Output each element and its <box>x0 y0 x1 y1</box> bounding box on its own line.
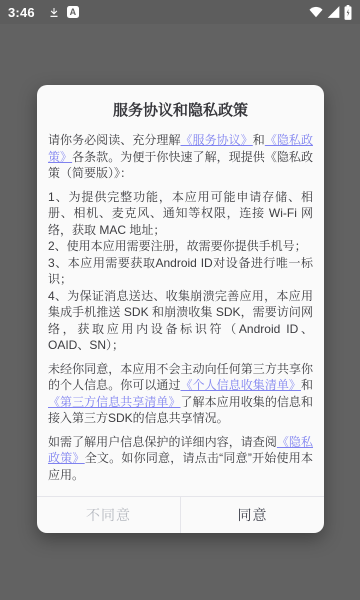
status-time: 3:46 <box>8 5 35 20</box>
policy-link[interactable]: 《第三方信息共享清单》 <box>48 395 181 409</box>
wifi-icon <box>309 6 323 18</box>
status-bar: 3:46 A <box>0 0 360 24</box>
paragraph-text: 如需了解用户信息保护的详细内容，请查阅 <box>48 435 277 449</box>
status-right-icons <box>309 5 352 20</box>
download-icon <box>48 6 60 19</box>
dialog-actions: 不同意 同意 <box>37 496 324 533</box>
disagree-button[interactable]: 不同意 <box>37 497 180 533</box>
policy-text-block: 请你务必阅读、充分理解《服务协议》和《隐私政策》各条款。为便于你快速了解，现提供… <box>48 132 313 182</box>
dialog-title: 服务协议和隐私政策 <box>37 85 324 131</box>
policy-text-block: 未经你同意，本应用不会主动向任何第三方共享你的个人信息。你可以通过《个人信息收集… <box>48 361 313 427</box>
paragraph-text: 各条款。为便于你快速了解，现提供《隐私政策（简要版）》： <box>48 150 313 181</box>
privacy-policy-dialog: 服务协议和隐私政策 请你务必阅读、充分理解《服务协议》和《隐私政策》各条款。为便… <box>37 85 324 533</box>
battery-charging-icon <box>344 5 352 20</box>
policy-paragraph: 3、本应用需要获取Android ID对设备进行唯一标识； <box>48 255 313 288</box>
policy-text-block: 1、为提供完整功能，本应用可能申请存储、相册、相机、麦克风、通知等权限，连接 W… <box>48 189 313 354</box>
paragraph-text: 全文。如你同意，请点击“同意”开始使用本应用。 <box>48 451 313 482</box>
dialog-body: 请你务必阅读、充分理解《服务协议》和《隐私政策》各条款。为便于你快速了解，现提供… <box>37 131 324 496</box>
paragraph-text: 和 <box>253 133 265 147</box>
policy-link[interactable]: 《服务协议》 <box>181 133 253 147</box>
policy-paragraph: 1、为提供完整功能，本应用可能申请存储、相册、相机、麦克风、通知等权限，连接 W… <box>48 189 313 239</box>
paragraph-text: 3、本应用需要获取Android ID对设备进行唯一标识； <box>48 256 313 287</box>
policy-paragraph: 请你务必阅读、充分理解《服务协议》和《隐私政策》各条款。为便于你快速了解，现提供… <box>48 132 313 182</box>
paragraph-text: 4、为保证消息送达、收集崩溃完善应用，本应用集成手机推送 SDK 和崩溃收集 S… <box>48 289 313 353</box>
policy-paragraph: 未经你同意，本应用不会主动向任何第三方共享你的个人信息。你可以通过《个人信息收集… <box>48 361 313 427</box>
ime-a-icon: A <box>67 6 79 18</box>
cellular-signal-icon <box>327 6 340 18</box>
screen-scrim: 3:46 A <box>0 0 360 600</box>
paragraph-text: 和 <box>301 378 313 392</box>
paragraph-text: 1、为提供完整功能，本应用可能申请存储、相册、相机、麦克风、通知等权限，连接 W… <box>48 190 313 237</box>
paragraph-text: 请你务必阅读、充分理解 <box>48 133 181 147</box>
policy-link[interactable]: 《个人信息收集清单》 <box>181 378 301 392</box>
policy-text-block: 如需了解用户信息保护的详细内容，请查阅《隐私政策》全文。如你同意，请点击“同意”… <box>48 434 313 484</box>
policy-paragraph: 4、为保证消息送达、收集崩溃完善应用，本应用集成手机推送 SDK 和崩溃收集 S… <box>48 288 313 354</box>
policy-paragraph: 2、使用本应用需要注册，故需要你提供手机号； <box>48 238 313 255</box>
agree-button[interactable]: 同意 <box>180 497 324 533</box>
paragraph-text: 2、使用本应用需要注册，故需要你提供手机号； <box>48 239 307 253</box>
policy-paragraph: 如需了解用户信息保护的详细内容，请查阅《隐私政策》全文。如你同意，请点击“同意”… <box>48 434 313 484</box>
ime-a-letter: A <box>67 6 79 18</box>
